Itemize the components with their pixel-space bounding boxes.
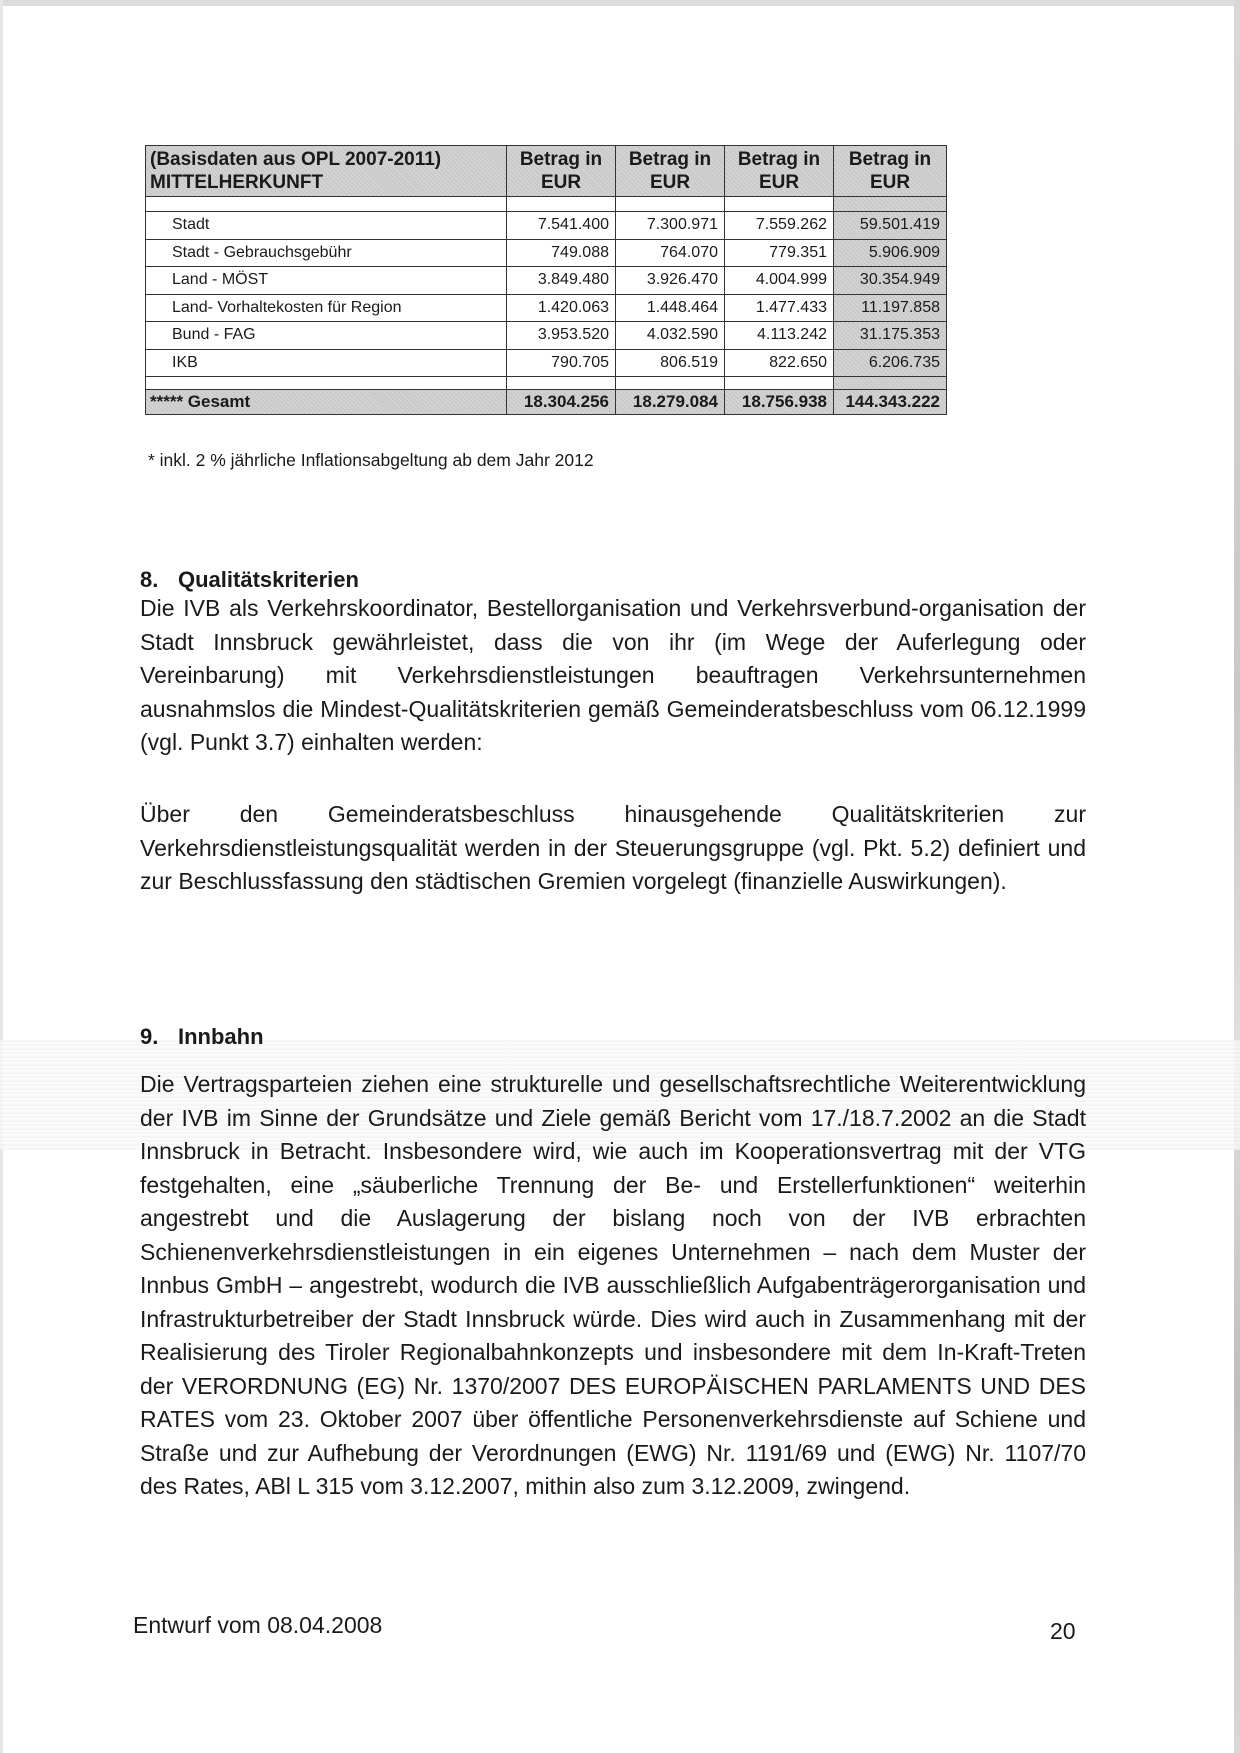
row-value: 7.559.262 — [725, 212, 834, 240]
section-8-number: 8. — [140, 567, 178, 593]
row-value: 1.420.063 — [507, 294, 616, 322]
header-col-2-line2: EUR — [622, 171, 718, 194]
table-spacer-row — [146, 197, 947, 212]
row-value: 822.650 — [725, 349, 834, 377]
header-col-1-line1: Betrag in — [513, 148, 609, 171]
header-label-cell: (Basisdaten aus OPL 2007-2011) MITTELHER… — [146, 146, 507, 197]
section-8-paragraph-2: Über den Gemeinderatsbeschluss hinausgeh… — [140, 798, 1086, 899]
section-9-heading: 9.Innbahn — [140, 1024, 264, 1050]
header-col-3-line1: Betrag in — [731, 148, 827, 171]
row-value: 4.004.999 — [725, 267, 834, 295]
section-9-paragraph-1: Die Vertragsparteien ziehen eine struktu… — [140, 1068, 1086, 1504]
section-9-number: 9. — [140, 1024, 178, 1050]
header-col-4-line2: EUR — [840, 171, 940, 194]
spacer-cell — [834, 377, 947, 390]
header-col-1: Betrag in EUR — [507, 146, 616, 197]
row-value: 4.032.590 — [616, 322, 725, 350]
header-col-3: Betrag in EUR — [725, 146, 834, 197]
scan-left-edge — [0, 0, 3, 1753]
spacer-cell — [834, 197, 947, 212]
footer-page-number: 20 — [1050, 1618, 1076, 1645]
row-label: Stadt — [146, 212, 507, 240]
row-label: IKB — [146, 349, 507, 377]
funding-table: (Basisdaten aus OPL 2007-2011) MITTELHER… — [145, 145, 947, 415]
row-value: 1.448.464 — [616, 294, 725, 322]
row-value: 806.519 — [616, 349, 725, 377]
scan-right-edge — [1234, 0, 1240, 1753]
spacer-cell — [507, 377, 616, 390]
spacer-cell — [725, 197, 834, 212]
header-col-1-line2: EUR — [513, 171, 609, 194]
row-value: 764.070 — [616, 239, 725, 267]
row-value: 7.300.971 — [616, 212, 725, 240]
total-value: 18.304.256 — [507, 390, 616, 415]
total-value-grand: 144.343.222 — [834, 390, 947, 415]
row-value: 790.705 — [507, 349, 616, 377]
row-label: Bund - FAG — [146, 322, 507, 350]
header-col-4-line1: Betrag in — [840, 148, 940, 171]
header-label-line2: MITTELHERKUNFT — [150, 171, 500, 194]
row-label: Land- Vorhaltekosten für Region — [146, 294, 507, 322]
header-col-3-line2: EUR — [731, 171, 827, 194]
row-value: 4.113.242 — [725, 322, 834, 350]
row-value-total: 6.206.735 — [834, 349, 947, 377]
row-value-total: 59.501.419 — [834, 212, 947, 240]
table-row: Land- Vorhaltekosten für Region 1.420.06… — [146, 294, 947, 322]
total-value: 18.756.938 — [725, 390, 834, 415]
row-value-total: 11.197.858 — [834, 294, 947, 322]
scan-top-edge — [0, 0, 1240, 6]
spacer-cell — [616, 377, 725, 390]
spacer-cell — [616, 197, 725, 212]
spacer-cell — [146, 197, 507, 212]
spacer-cell — [725, 377, 834, 390]
row-label: Land - MÖST — [146, 267, 507, 295]
row-value: 7.541.400 — [507, 212, 616, 240]
total-value: 18.279.084 — [616, 390, 725, 415]
row-value: 1.477.433 — [725, 294, 834, 322]
row-value-total: 5.906.909 — [834, 239, 947, 267]
table-total-row: ***** Gesamt 18.304.256 18.279.084 18.75… — [146, 390, 947, 415]
row-value: 3.849.480 — [507, 267, 616, 295]
spacer-cell — [507, 197, 616, 212]
row-value-total: 31.175.353 — [834, 322, 947, 350]
row-value: 779.351 — [725, 239, 834, 267]
table-row: Bund - FAG 3.953.520 4.032.590 4.113.242… — [146, 322, 947, 350]
footer-draft-date: Entwurf vom 08.04.2008 — [133, 1612, 382, 1639]
table-header-row: (Basisdaten aus OPL 2007-2011) MITTELHER… — [146, 146, 947, 197]
table-row: IKB 790.705 806.519 822.650 6.206.735 — [146, 349, 947, 377]
header-col-2-line1: Betrag in — [622, 148, 718, 171]
table-row: Land - MÖST 3.849.480 3.926.470 4.004.99… — [146, 267, 947, 295]
row-label: Stadt - Gebrauchsgebühr — [146, 239, 507, 267]
table-spacer-row — [146, 377, 947, 390]
section-8-paragraph-1: Die IVB als Verkehrskoordinator, Bestell… — [140, 592, 1086, 760]
section-8-heading: 8.Qualitätskriterien — [140, 567, 359, 593]
section-8-title: Qualitätskriterien — [178, 567, 359, 592]
row-value-total: 30.354.949 — [834, 267, 947, 295]
header-label-line1: (Basisdaten aus OPL 2007-2011) — [150, 148, 500, 171]
header-col-4: Betrag in EUR — [834, 146, 947, 197]
table-footnote: * inkl. 2 % jährliche Inflationsabgeltun… — [148, 450, 594, 471]
row-value: 3.926.470 — [616, 267, 725, 295]
row-value: 749.088 — [507, 239, 616, 267]
header-col-2: Betrag in EUR — [616, 146, 725, 197]
spacer-cell — [146, 377, 507, 390]
total-label: ***** Gesamt — [146, 390, 507, 415]
row-value: 3.953.520 — [507, 322, 616, 350]
table-row: Stadt 7.541.400 7.300.971 7.559.262 59.5… — [146, 212, 947, 240]
section-9-title: Innbahn — [178, 1024, 264, 1049]
table-row: Stadt - Gebrauchsgebühr 749.088 764.070 … — [146, 239, 947, 267]
